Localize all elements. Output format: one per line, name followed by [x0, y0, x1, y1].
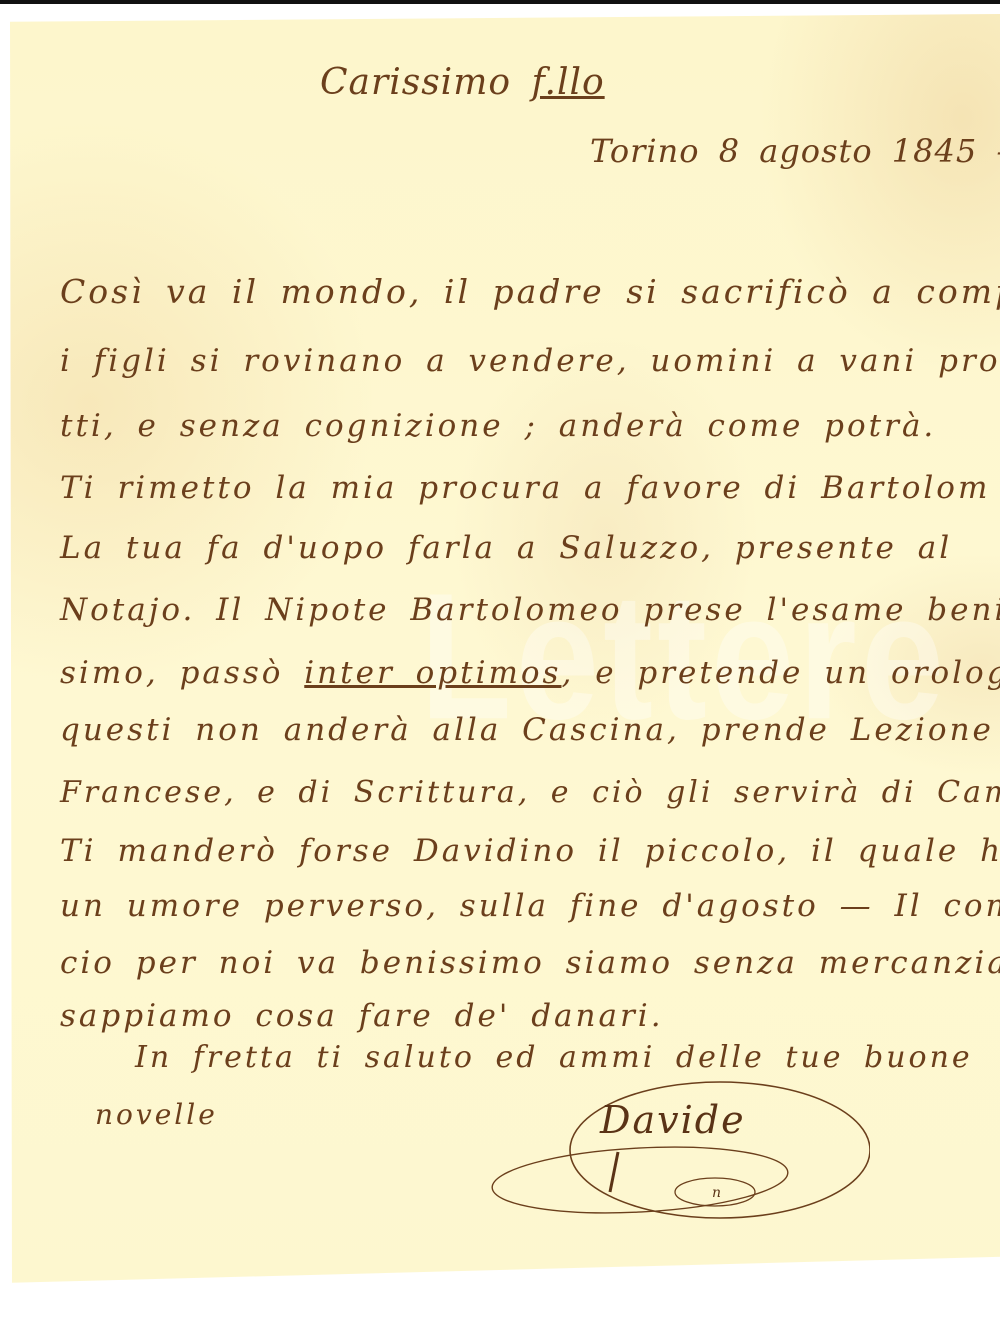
- signature-name: Davide: [600, 1098, 746, 1142]
- body-line-12: cio per noi va benissimo siamo senza mer…: [60, 945, 1000, 981]
- body-line-1: Così va il mondo, il padre si sacrificò …: [60, 272, 1000, 311]
- underlined-phrase: inter optimos: [304, 655, 561, 691]
- salutation-text: Carissimo: [320, 62, 531, 103]
- scan-border-top: [0, 0, 1000, 4]
- body-line-8: questi non anderà alla Cascina, prende L…: [60, 712, 1000, 748]
- signature-mark: n: [712, 1185, 721, 1201]
- dateline: Torino 8 agosto 1845 —: [590, 132, 1000, 170]
- body-line-6: Notajo. Il Nipote Bartolomeo prese l'esa…: [60, 592, 1000, 628]
- body-line-5: La tua fa d'uopo farla a Saluzzo, presen…: [60, 530, 952, 566]
- body-line-4: Ti rimetto la mia procura a favore di Ba…: [60, 470, 990, 506]
- body-line-2: i figli si rovinano a vendere, uomini a …: [60, 343, 1000, 379]
- salutation: Carissimo f.llo: [320, 62, 605, 103]
- body-line-9: Francese, e di Scrittura, e ciò gli serv…: [60, 775, 1000, 810]
- closing-line: In fretta ti saluto ed ammi delle tue bu…: [135, 1040, 973, 1075]
- salutation-abbreviation: f.llo: [531, 62, 604, 103]
- body-line-10: Ti manderò forse Davidino il piccolo, il…: [60, 833, 1000, 869]
- body-line-11: un umore perverso, sulla fine d'agosto —…: [60, 888, 1000, 924]
- body-line-7: simo, passò inter optimos, e pretende un…: [60, 655, 1000, 691]
- body-line-7-pre: simo, passò: [60, 655, 304, 691]
- body-line-7-post: , e pretende un orologgio —: [561, 655, 1000, 691]
- body-line-13: sappiamo cosa fare de' danari.: [60, 998, 664, 1034]
- body-line-3: tti, e senza cognizione ; anderà come po…: [60, 408, 936, 444]
- closing-continued: novelle: [95, 1098, 218, 1131]
